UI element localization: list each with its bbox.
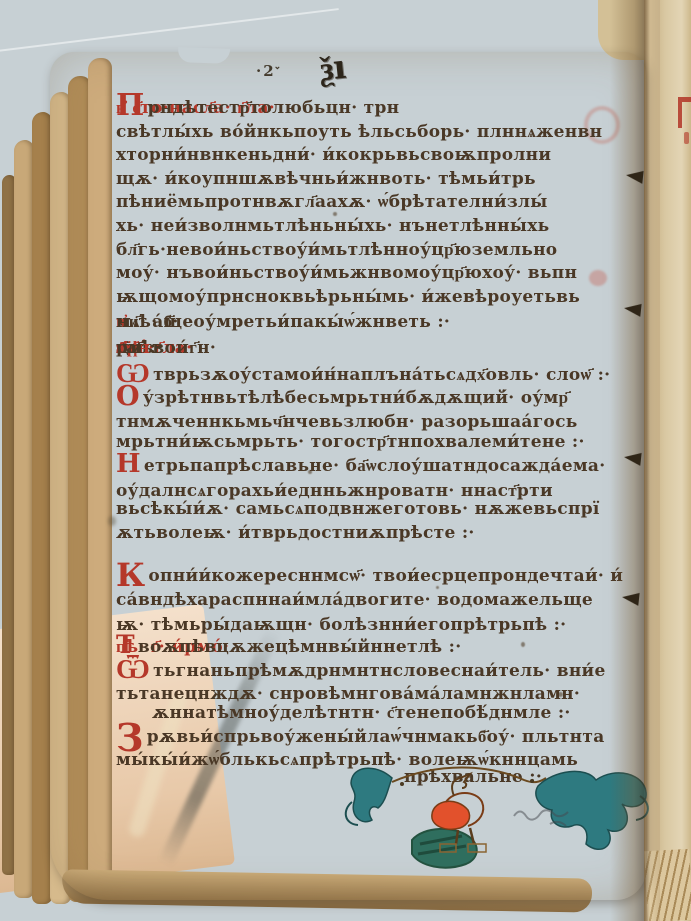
text-segment: нн҃ѣ· б҃· bbox=[116, 311, 179, 335]
text-line: Оу́зрѣтнвьтѣлѣбесьмрьтни́бѫдѫщий́· оу́мр… bbox=[116, 387, 661, 411]
text-line: Копни́и́кожересннмсѡ҃· твои́есрцепрондеч… bbox=[116, 565, 661, 589]
text-segment: пѣниёмьпротнвѫгл҃аахѫ· ѡ́брѣтателни́злы́ bbox=[116, 191, 548, 215]
text-segment: хь· неи́зволнмьтлѣньны́хь· нънетлѣнны́хь bbox=[116, 215, 549, 239]
text-line: вьсѣкы́и́ѫ· самьсѧподвнжеготовь· нѫжевьс… bbox=[116, 498, 661, 522]
text-segment: рѫвьи́спрьвоу́жены́йлаѡ́чнмакьб҃оу́· пль… bbox=[147, 726, 605, 750]
text-segment: рм :· bbox=[116, 337, 162, 361]
rubric-initial: О bbox=[116, 381, 140, 412]
text-line: мѧ· а́щеоу́мретьи́пакы́ѡ́жнветь :· н҆ нн… bbox=[116, 311, 661, 335]
text-segment: свѣтлы́хь во́йнкьпоуть ѣльсьборь· плннѧж… bbox=[116, 121, 602, 145]
text-segment: у́зрѣтнвьтѣлѣбесьмрьтни́бѫдѫщий́· оу́мр҃ bbox=[143, 387, 569, 411]
text-line: ѭщомоу́прнсноквьѣрьны́мь· и́жевѣроуетьвь bbox=[116, 286, 661, 310]
rubric-initial: Ѿ bbox=[116, 654, 150, 685]
text-line: Зрѫвьи́спрьвоу́жены́йлаѡ́чнмакьб҃оу́· пл… bbox=[116, 726, 661, 750]
text-segment: хторни́нвнкеньдни́· и́кокрьвьсвоѭпролни bbox=[116, 144, 551, 168]
text-segment: ѫтьволеѭ· и́тврьдостниѫпрѣсте :· bbox=[116, 522, 475, 546]
text-line: п҃ѣ· г҃· и́рмо́· Твоѫпѣвцѫжецѣмнвы́йннет… bbox=[116, 636, 661, 660]
text-segment: воѫпѣвцѫжецѣмнвы́йннетлѣ :· bbox=[138, 636, 462, 660]
page-stack-edge bbox=[32, 112, 52, 904]
facing-page-red-initial bbox=[678, 97, 691, 128]
facing-page-red-mark bbox=[684, 132, 689, 144]
foliage-flourish-right bbox=[536, 771, 646, 849]
text-segment: щѫ· и́коупншѫвѣчньи́жнвоть· тѣмьи́трь bbox=[116, 168, 536, 192]
manuscript-photo: ѯı 2 н҆ с҃то·насл҃а· г҃ла· Прндѣтестр҃то… bbox=[0, 0, 691, 921]
text-line: са́вндѣхараспннаи́мла́двогите· водомажел… bbox=[116, 589, 661, 613]
text-line: ѭ· тѣмьры́даѭщн· болѣзнни́егопрѣтрьпѣ :· bbox=[116, 614, 661, 638]
text-line: тр҃о́·г҃ла· а҃· м҃цнтвои́г҃н· з҃ ф҃ к҃а·… bbox=[116, 337, 661, 361]
text-line: свѣтлы́хь во́йнкьпоуть ѣльсьборь· плннѧж… bbox=[116, 121, 661, 145]
bird-wing bbox=[432, 801, 470, 829]
text-segment: рндѣтестр҃толюбьцн· трн bbox=[148, 97, 400, 121]
text-line: мрьтни́ѭсьмрьть· тогостр҃тнпохвалеми́тен… bbox=[116, 431, 661, 455]
text-segment: са́вндѣхараспннаи́мла́двогите· водомажел… bbox=[116, 589, 593, 613]
rubric-initial: П bbox=[116, 88, 145, 123]
folio-number: 2 bbox=[256, 62, 281, 80]
foliage-flourish-left bbox=[351, 768, 392, 822]
sewing-notch bbox=[625, 169, 643, 184]
text-segment: тврьзѫоу́стамои́н́наплъна́тьсѧдх҃овль· с… bbox=[153, 364, 610, 388]
page-stack-edge bbox=[14, 140, 34, 898]
vine-node bbox=[400, 782, 404, 786]
text-segment: ѭ· тѣмьры́даѭщн· болѣзнни́егопрѣтрьпѣ :· bbox=[116, 614, 566, 638]
text-line: пѣниёмьпротнвѫгл҃аахѫ· ѡ́брѣтателни́злы́ bbox=[116, 191, 661, 215]
text-line: щѫ· и́коупншѫвѣчньи́жнвоть· тѣмьи́трь bbox=[116, 168, 661, 192]
text-segment: тьгнаньпрѣмѫдрнмнтнсловеснаи́тель· вни́е bbox=[153, 660, 606, 684]
text-segment: опни́и́кожересннмсѡ҃· твои́есрцепрондечт… bbox=[148, 565, 623, 589]
marginal-drawing bbox=[328, 752, 668, 887]
backdrop-scratch-line bbox=[0, 8, 339, 54]
text-segment: ѭщомоу́прнсноквьѣрьны́мь· и́жевѣроуетьвь bbox=[116, 286, 580, 310]
text-segment: мрьтни́ѭсьмрьть· тогостр҃тнпохвалеми́тен… bbox=[116, 431, 585, 455]
text-line: н҆ с҃то·насл҃а· г҃ла· Прндѣтестр҃толюбьц… bbox=[116, 97, 661, 121]
sewing-notch bbox=[623, 451, 641, 466]
page-edge-nick bbox=[178, 47, 230, 64]
text-segment: моу́· нъвои́ньствоу́и́мьжнвомоу́цр҃юхоу́… bbox=[116, 262, 577, 286]
sewing-notch bbox=[621, 591, 639, 606]
text-line: бл҃гь·невои́ньствоу́и́мьтлѣнноу́цр҃юземл… bbox=[116, 239, 661, 263]
text-segment: вьсѣкы́и́ѫ· самьсѧподвнжеготовь· нѫжевьс… bbox=[116, 498, 600, 522]
text-block: н҆ с҃то·насл҃а· г҃ла· Прндѣтестр҃толюбьц… bbox=[116, 97, 661, 801]
vine-node bbox=[530, 779, 534, 783]
text-line: хторни́нвнкеньдни́· и́кокрьвьсвоѭпролни bbox=[116, 144, 661, 168]
text-segment: ѫннатѣмноу́делѣтнтн· с҃тенепобѣ́днмле :· bbox=[152, 702, 571, 726]
rubric-initial: Н bbox=[116, 449, 141, 479]
text-line: моу́· нъвои́ньствоу́и́мьжнвомоу́цр҃юхоу́… bbox=[116, 262, 661, 286]
ink-speck bbox=[108, 516, 116, 526]
sewing-notch bbox=[623, 302, 641, 317]
text-line: Ѿтьгнаньпрѣмѫдрнмнтнсловеснаи́тель· вни́… bbox=[116, 660, 661, 684]
text-segment: етрьпапрѣславьне· ба҃ѡслоу́шатндосажда́е… bbox=[144, 455, 606, 479]
text-line: ѫтьволеѭ· и́тврьдостниѫпрѣсте :· bbox=[116, 522, 661, 546]
text-line: Нетрьпапрѣславьне· ба҃ѡслоу́шатндосажда́… bbox=[116, 455, 661, 479]
text-line: хь· неи́зволнмьтлѣньны́хь· нънетлѣнны́хь bbox=[116, 215, 661, 239]
text-segment: бл҃гь·невои́ньствоу́и́мьтлѣнноу́цр҃юземл… bbox=[116, 239, 557, 263]
text-line: Ѡтврьзѫоу́стамои́н́наплъна́тьсѧдх҃овль· … bbox=[116, 364, 661, 388]
quire-signature: ѯı bbox=[318, 47, 348, 89]
text-line: ѫннатѣмноу́делѣтнтн· с҃тенепобѣ́днмле :· bbox=[116, 702, 661, 726]
